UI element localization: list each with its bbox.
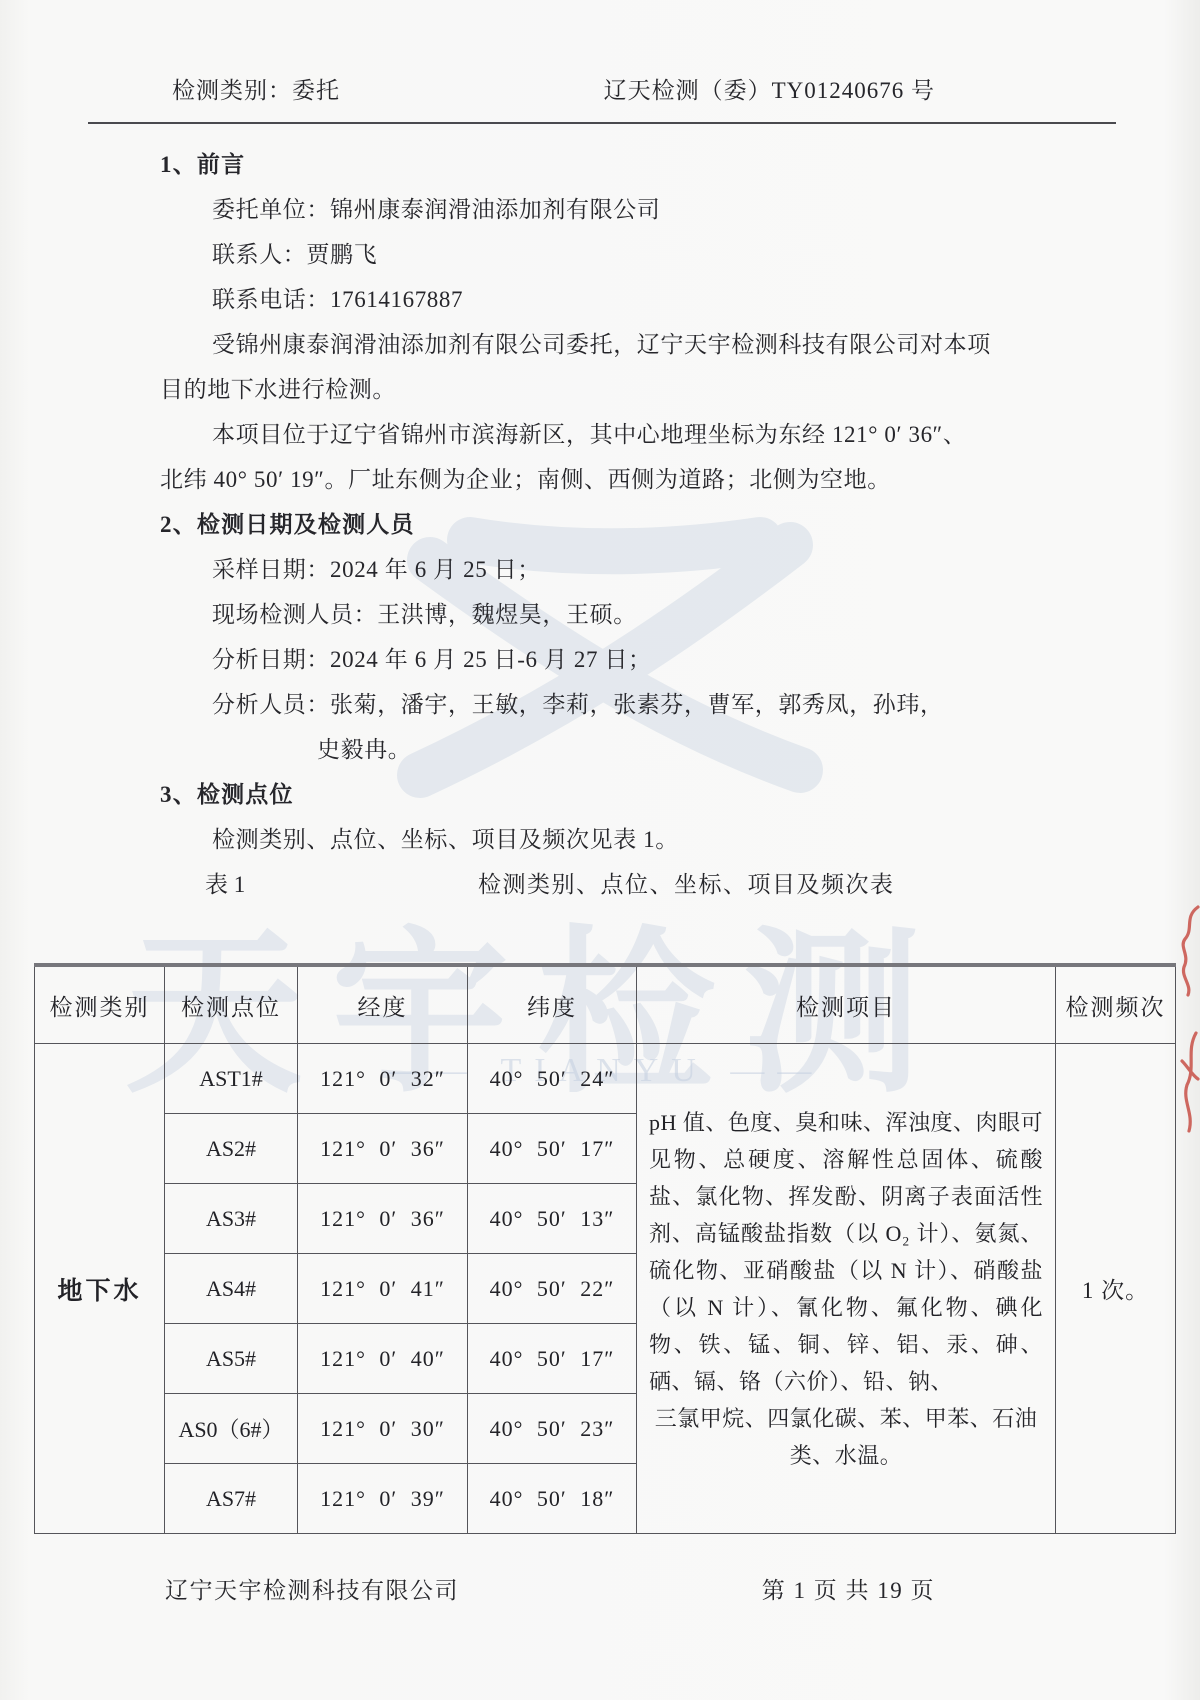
section-1-title: 1、前言 (160, 142, 960, 187)
longitude-cell: 121° 0′ 36″ (298, 1114, 468, 1184)
header-test-category: 检测类别：委托 (172, 72, 340, 105)
col-header-items: 检测项目 (637, 965, 1056, 1044)
monitoring-points-table: 检测类别 检测点位 经度 纬度 检测项目 检测频次 地下水 AST1# 121°… (34, 963, 1176, 1534)
col-header-category: 检测类别 (35, 965, 165, 1044)
latitude-cell: 40° 50′ 24″ (468, 1044, 637, 1114)
category-cell: 地下水 (35, 1044, 165, 1534)
col-header-latitude: 纬度 (468, 965, 637, 1044)
latitude-cell: 40° 50′ 13″ (468, 1184, 637, 1254)
test-items-cell: pH 值、色度、臭和味、浑浊度、肉眼可见物、总硬度、溶解性总固体、硫酸盐、氯化物… (637, 1044, 1056, 1534)
section-3-title: 3、检测点位 (160, 772, 960, 817)
contact-phone-line: 联系电话：17614167887 (160, 277, 960, 322)
table-caption-line: 表 1 检测类别、点位、坐标、项目及频次表 (160, 862, 960, 907)
point-cell: AS0（6#） (165, 1394, 298, 1464)
longitude-cell: 121° 0′ 36″ (298, 1184, 468, 1254)
commission-line-2: 目的地下水进行检测。 (160, 367, 960, 412)
contact-person-line: 联系人：贾鹏飞 (160, 232, 960, 277)
longitude-cell: 121° 0′ 32″ (298, 1044, 468, 1114)
table-header-row: 检测类别 检测点位 经度 纬度 检测项目 检测频次 (35, 965, 1176, 1044)
latitude-cell: 40° 50′ 22″ (468, 1254, 637, 1324)
table-row: 地下水 AST1# 121° 0′ 32″ 40° 50′ 24″ pH 值、色… (35, 1044, 1176, 1114)
col-header-longitude: 经度 (298, 965, 468, 1044)
latitude-cell: 40° 50′ 17″ (468, 1324, 637, 1394)
location-line-2: 北纬 40° 50′ 19″。厂址东侧为企业；南侧、西侧为道路；北侧为空地。 (160, 457, 960, 502)
commission-line-1: 受锦州康泰润滑油添加剂有限公司委托，辽宁天宇检测科技有限公司对本项 (160, 322, 960, 367)
footer-page-number: 第 1 页 共 19 页 (762, 1572, 935, 1605)
field-staff-line: 现场检测人员：王洪博，魏煜昊，王硕。 (160, 592, 960, 637)
analysis-date-line: 分析日期：2024 年 6 月 25 日-6 月 27 日； (160, 637, 960, 682)
latitude-cell: 40° 50′ 17″ (468, 1114, 637, 1184)
point-cell: AS5# (165, 1324, 298, 1394)
point-cell: AS7# (165, 1464, 298, 1534)
section-2-title: 2、检测日期及检测人员 (160, 502, 960, 547)
scanned-report-page: 天宇检测 —— TIANYU —— 检测类别：委托 辽天检测（委）TY01240… (0, 0, 1200, 1700)
frequency-cell: 1 次。 (1056, 1044, 1176, 1534)
point-cell: AS4# (165, 1254, 298, 1324)
longitude-cell: 121° 0′ 30″ (298, 1394, 468, 1464)
table-caption: 检测类别、点位、坐标、项目及频次表 (478, 862, 895, 907)
longitude-cell: 121° 0′ 41″ (298, 1254, 468, 1324)
point-cell: AS3# (165, 1184, 298, 1254)
latitude-cell: 40° 50′ 18″ (468, 1464, 637, 1534)
analysts-line-2: 史毅冉。 (160, 727, 960, 772)
longitude-cell: 121° 0′ 40″ (298, 1324, 468, 1394)
col-header-point: 检测点位 (165, 965, 298, 1044)
client-name-line: 委托单位：锦州康泰润滑油添加剂有限公司 (160, 187, 960, 232)
body-text: 1、前言 委托单位：锦州康泰润滑油添加剂有限公司 联系人：贾鹏飞 联系电话：17… (160, 142, 960, 907)
test-items-text-tail: 三氯甲烷、四氯化碳、苯、甲苯、石油类、水温。 (649, 1400, 1043, 1474)
col-header-frequency: 检测频次 (1056, 965, 1176, 1044)
page-header: 检测类别：委托 辽天检测（委）TY01240676 号 (172, 72, 935, 105)
table-label: 表 1 (205, 862, 245, 907)
location-line-1: 本项目位于辽宁省锦州市滨海新区，其中心地理坐标为东经 121° 0′ 36″、 (160, 412, 960, 457)
longitude-cell: 121° 0′ 39″ (298, 1464, 468, 1534)
header-report-number: 辽天检测（委）TY01240676 号 (604, 72, 935, 105)
analysts-line-1: 分析人员：张菊，潘宇，王敏，李莉，张素芬，曹军，郭秀凤，孙玮， (160, 682, 960, 727)
table-reference-line: 检测类别、点位、坐标、项目及频次见表 1。 (160, 817, 960, 862)
sampling-date-line: 采样日期：2024 年 6 月 25 日； (160, 547, 960, 592)
latitude-cell: 40° 50′ 23″ (468, 1394, 637, 1464)
point-cell: AST1# (165, 1044, 298, 1114)
test-items-text: pH 值、色度、臭和味、浑浊度、肉眼可见物、总硬度、溶解性总固体、硫酸盐、氯化物… (649, 1104, 1043, 1400)
header-rule (88, 122, 1116, 124)
point-cell: AS2# (165, 1114, 298, 1184)
page-footer: 辽宁天宇检测科技有限公司 第 1 页 共 19 页 (165, 1572, 935, 1605)
footer-company-name: 辽宁天宇检测科技有限公司 (165, 1572, 459, 1605)
